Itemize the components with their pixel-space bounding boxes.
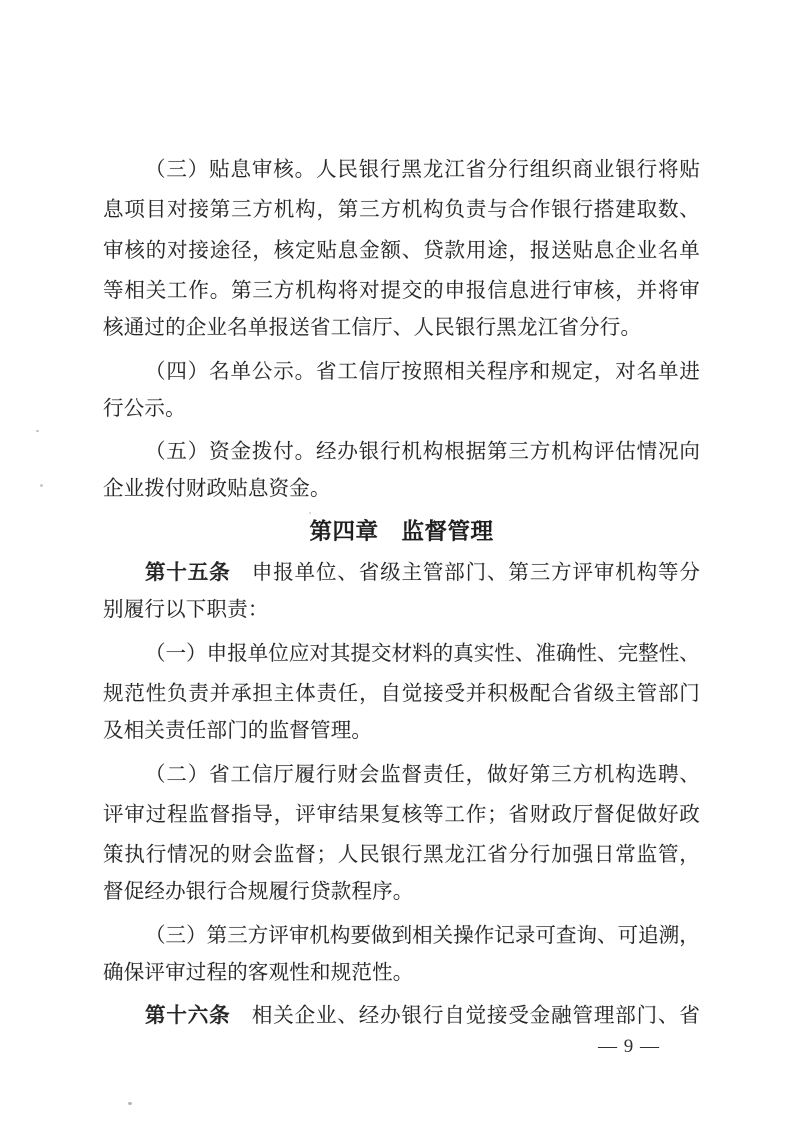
text-line: 审核的对接途径，核定贴息金额、贷款用途，报送贴息企业名单 [103, 228, 700, 268]
text-line: （三）第三方评审机构要做到相关操作记录可查询、可追溯， [103, 913, 700, 953]
text-line: 督促经办银行合规履行贷款程序。 [103, 872, 700, 912]
text-line: （四）名单公示。省工信厅按照相关程序和规定，对名单进 [103, 348, 700, 388]
scan-speck [40, 484, 43, 487]
text-line: 规范性负责并承担主体责任，自觉接受并积极配合省级主管部门 [103, 671, 700, 711]
text-line: 确保评审过程的客观性和规范性。 [103, 953, 700, 993]
scan-speck [36, 430, 39, 432]
page-number: — 9 — [598, 1036, 660, 1058]
text-line: 行公示。 [103, 389, 700, 429]
text-line: 策执行情况的财会监督；人民银行黑龙江省分行加强日常监管， [103, 832, 700, 872]
text-line: 息项目对接第三方机构，第三方机构负责与合作银行搭建取数、 [103, 187, 700, 227]
text-line: （一）申报单位应对其提交材料的真实性、准确性、完整性、 [103, 631, 700, 671]
text-line: （三）贴息审核。人民银行黑龙江省分行组织商业银行将贴 [103, 147, 700, 187]
text-line: （五）资金拨付。经办银行机构根据第三方机构评估情况向 [103, 429, 700, 469]
text-line: 等相关工作。第三方机构将对提交的申报信息进行审核，并将审 [103, 268, 700, 308]
text-line: 核通过的企业名单报送省工信厅、人民银行黑龙江省分行。 [103, 308, 700, 348]
scan-speck [128, 1102, 132, 1105]
text-line: 第十五条 申报单位、省级主管部门、第三方评审机构等分 [103, 550, 700, 590]
chapter-heading: 第四章 监督管理 [103, 510, 700, 550]
document-body: （三）贴息审核。人民银行黑龙江省分行组织商业银行将贴息项目对接第三方机构，第三方… [103, 147, 700, 1034]
text-line: 企业拨付财政贴息资金。 [103, 469, 700, 509]
text-line: 及相关责任部门的监督管理。 [103, 711, 700, 751]
text-line: 别履行以下职责： [103, 590, 700, 630]
text-line: 评审过程监督指导，评审结果复核等工作；省财政厅督促做好政 [103, 792, 700, 832]
text-line: 第十六条 相关企业、经办银行自觉接受金融管理部门、省 [103, 993, 700, 1033]
scan-speck [309, 512, 311, 514]
text-line: （二）省工信厅履行财会监督责任，做好第三方机构选聘、 [103, 751, 700, 791]
document-page: （三）贴息审核。人民银行黑龙江省分行组织商业银行将贴息项目对接第三方机构，第三方… [0, 0, 793, 1121]
